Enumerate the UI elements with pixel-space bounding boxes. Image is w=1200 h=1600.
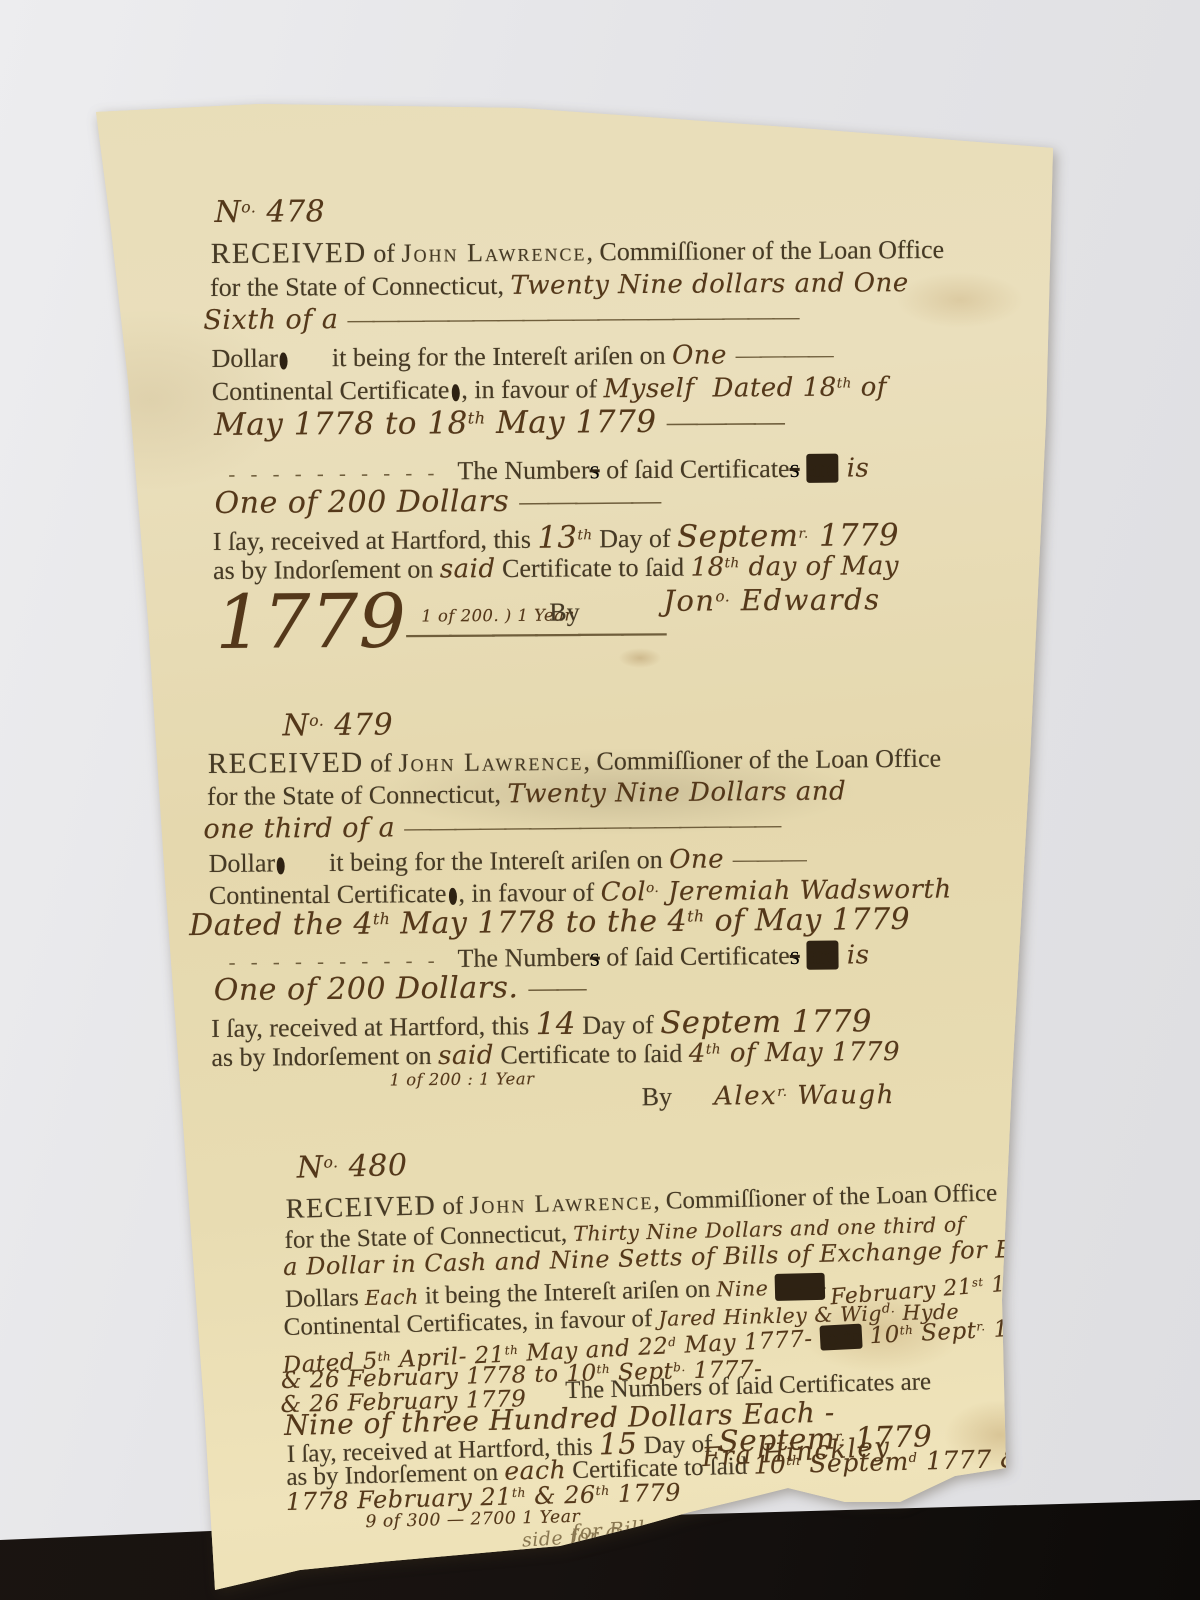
text-segment: Dollars — [285, 1284, 365, 1313]
text-segment: 480 — [338, 1148, 408, 1185]
text-segment: Each — [365, 1285, 419, 1310]
text-segment: , Commiſſioner of the Loan Office — [653, 1180, 997, 1215]
receipt-3: No. 480RECEIVED of John Lawrence, Commiſ… — [0, 0, 1200, 1600]
document-paper: No. 478RECEIVED of John Lawrence, Commiſ… — [0, 0, 1200, 1600]
text-segment: By — [775, 1489, 805, 1517]
text-segment: th — [1100, 1313, 1114, 1328]
text-segment: th — [377, 1349, 391, 1364]
text-segment: r — [1122, 1446, 1129, 1461]
text-segment: th — [596, 1362, 610, 1376]
text-segment: o. — [323, 1153, 339, 1171]
document-paper-wrap: No. 478RECEIVED of John Lawrence, Commiſ… — [0, 0, 1200, 1600]
text-segment: 1778 — [983, 1269, 1050, 1299]
text-segment: th — [595, 1483, 609, 1498]
text-segment: Sept — [913, 1318, 977, 1347]
photo-background: No. 478RECEIVED of John Lawrence, Commiſ… — [0, 0, 1200, 1600]
text-segment: th — [899, 1323, 913, 1338]
document-line-r3l1: No. 480 — [296, 1149, 407, 1186]
text-segment: —— — [775, 1273, 826, 1301]
text-segment: b. — [673, 1360, 686, 1374]
text-segment: to to — [820, 1324, 863, 1351]
text-segment: th — [504, 1343, 518, 1358]
text-segment: th — [512, 1485, 526, 1500]
document-line-r3l14b: By — [775, 1489, 805, 1518]
text-segment: 1777 & 10 Sep — [917, 1442, 1122, 1476]
text-segment: 10 — [861, 1322, 900, 1350]
text-segment: of — [436, 1192, 470, 1220]
text-segment: 1778- 21 — [985, 1312, 1101, 1344]
text-segment: N — [296, 1150, 324, 1186]
text-segment: John Lawrence — [469, 1188, 653, 1219]
text-segment: RECEIVED — [285, 1190, 436, 1225]
text-segment: 1779 — [609, 1478, 681, 1508]
text-segment: Nine — [716, 1276, 775, 1301]
